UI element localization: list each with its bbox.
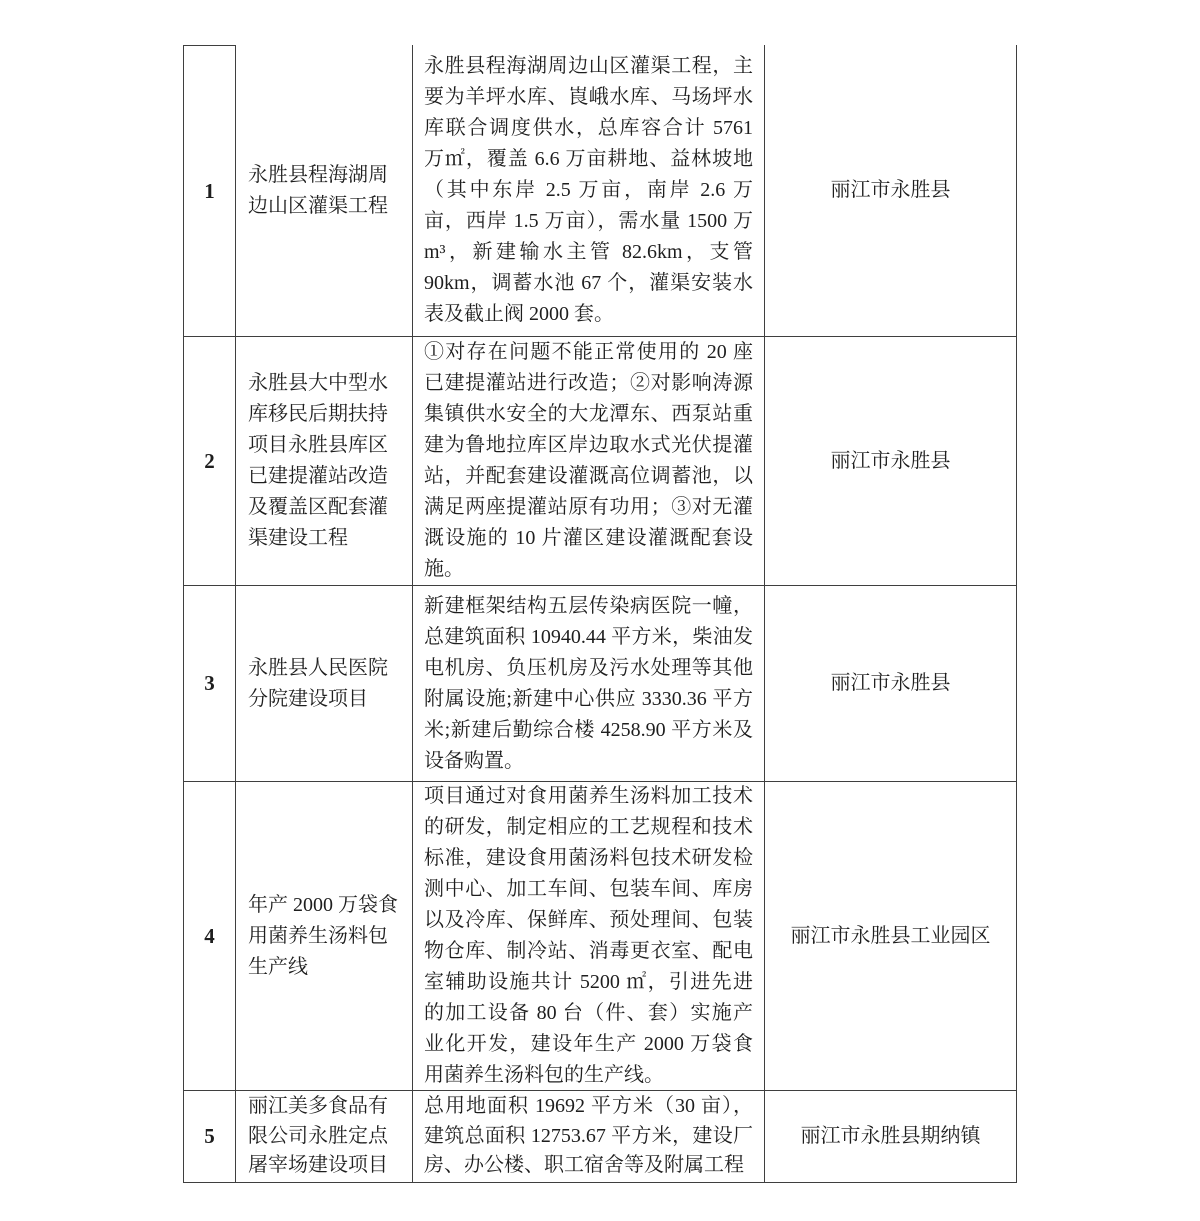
project-name-cell: 丽江美多食品有限公司永胜定点屠宰场建设项目	[236, 1091, 413, 1183]
project-name-cell: 永胜县程海湖周边山区灌渠工程	[236, 45, 413, 337]
project-description-cell: ①对存在问题不能正常使用的 20 座已建提灌站进行改造；②对影响涛源集镇供水安全…	[413, 337, 765, 586]
project-description: 项目通过对食用菌养生汤料加工技术的研发，制定相应的工艺规程和技术标准，建设食用菌…	[413, 782, 764, 1091]
project-name: 永胜县程海湖周边山区灌渠工程	[236, 160, 412, 222]
row-number-cell: 4	[183, 782, 236, 1091]
project-description: 永胜县程海湖周边山区灌渠工程，主要为羊坪水库、崀峨水库、马场坪水库联合调度供水，…	[413, 51, 764, 330]
project-location: 丽江市永胜县	[765, 668, 1016, 699]
project-description-cell: 项目通过对食用菌养生汤料加工技术的研发，制定相应的工艺规程和技术标准，建设食用菌…	[413, 782, 765, 1091]
project-location: 丽江市永胜县	[765, 446, 1016, 477]
row-number-cell: 2	[183, 337, 236, 586]
project-description: 新建框架结构五层传染病医院一幢，总建筑面积 10940.44 平方米，柴油发电机…	[413, 591, 764, 777]
project-location: 丽江市永胜县	[765, 175, 1016, 206]
project-location-cell: 丽江市永胜县期纳镇	[765, 1091, 1017, 1183]
project-description: 总用地面积 19692 平方米（30 亩），建筑总面积 12753.67 平方米…	[413, 1092, 764, 1181]
project-location: 丽江市永胜县工业园区	[765, 921, 1016, 952]
row-number: 3	[184, 668, 235, 699]
project-location-cell: 丽江市永胜县	[765, 45, 1017, 337]
project-name: 永胜县人民医院分院建设项目	[236, 653, 412, 715]
project-name: 永胜县大中型水库移民后期扶持项目永胜县库区已建提灌站改造及覆盖区配套灌渠建设工程	[236, 368, 412, 554]
project-location: 丽江市永胜县期纳镇	[765, 1122, 1016, 1152]
project-name-cell: 年产 2000 万袋食用菌养生汤料包生产线	[236, 782, 413, 1091]
projects-table: 1 永胜县程海湖周边山区灌渠工程 永胜县程海湖周边山区灌渠工程，主要为羊坪水库、…	[183, 45, 1017, 1183]
project-description-cell: 新建框架结构五层传染病医院一幢，总建筑面积 10940.44 平方米，柴油发电机…	[413, 586, 765, 782]
project-description-cell: 永胜县程海湖周边山区灌渠工程，主要为羊坪水库、崀峨水库、马场坪水库联合调度供水，…	[413, 45, 765, 337]
row-number-cell: 3	[183, 586, 236, 782]
project-name-cell: 永胜县人民医院分院建设项目	[236, 586, 413, 782]
project-name: 年产 2000 万袋食用菌养生汤料包生产线	[236, 890, 412, 983]
project-location-cell: 丽江市永胜县	[765, 586, 1017, 782]
project-description-cell: 总用地面积 19692 平方米（30 亩），建筑总面积 12753.67 平方米…	[413, 1091, 765, 1183]
project-description: ①对存在问题不能正常使用的 20 座已建提灌站进行改造；②对影响涛源集镇供水安全…	[413, 337, 764, 585]
project-name-cell: 永胜县大中型水库移民后期扶持项目永胜县库区已建提灌站改造及覆盖区配套灌渠建设工程	[236, 337, 413, 586]
project-location-cell: 丽江市永胜县工业园区	[765, 782, 1017, 1091]
project-name: 丽江美多食品有限公司永胜定点屠宰场建设项目	[236, 1092, 412, 1181]
row-number: 2	[184, 446, 235, 477]
document-page: { "page": { "background_color": "#ffffff…	[0, 0, 1200, 1221]
row-number-cell: 5	[183, 1091, 236, 1183]
project-location-cell: 丽江市永胜县	[765, 337, 1017, 586]
row-number: 5	[184, 1122, 235, 1152]
row-number-cell: 1	[183, 45, 236, 337]
row-number: 1	[184, 176, 235, 207]
row-number: 4	[184, 921, 235, 952]
